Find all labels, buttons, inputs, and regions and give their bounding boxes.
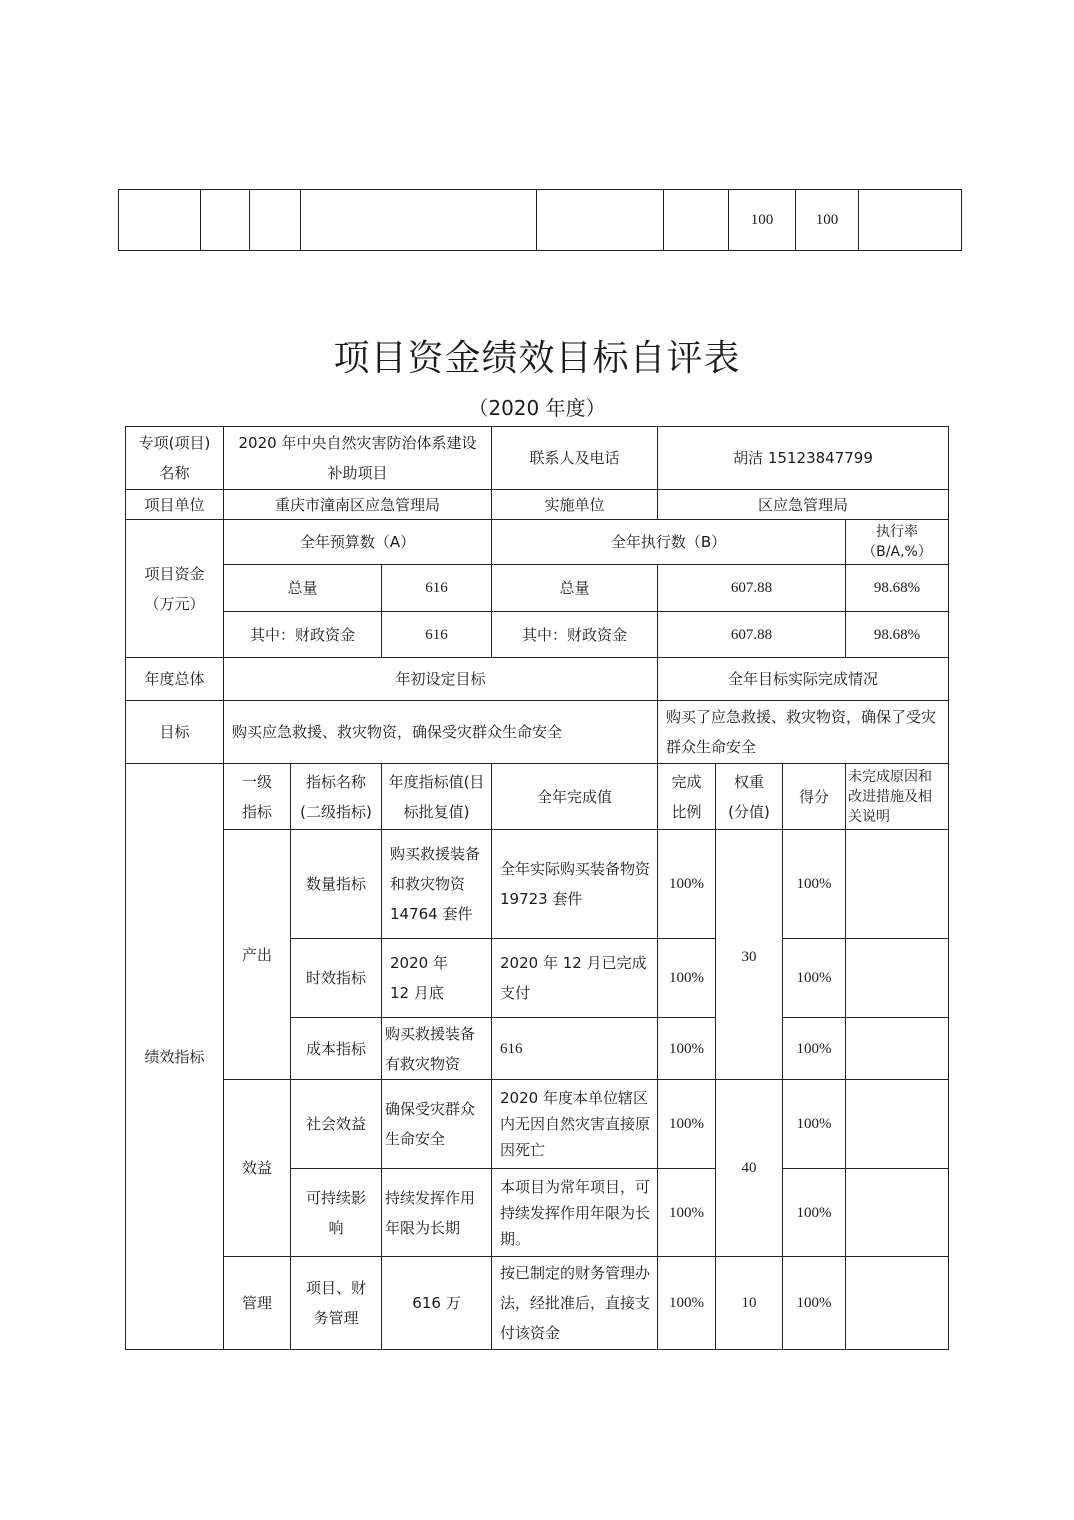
weight-benefit: 40 (715, 1079, 783, 1257)
indicator-notes (845, 1079, 949, 1169)
indicator-score: 100% (782, 1168, 846, 1257)
header-target: 年度指标值(目标批复值) (381, 763, 492, 830)
weight-management: 10 (715, 1256, 783, 1350)
indicator-target: 持续发挥作用年限为长期 (381, 1168, 492, 1257)
indicator-actual: 2020 年 12 月已完成支付 (491, 938, 658, 1018)
group-output: 产出 (223, 829, 291, 1080)
indicator-target: 购买救援装备有救灾物资 (381, 1017, 492, 1080)
indicator-target: 616 万 (381, 1256, 492, 1350)
header-weight: 权重(分值) (715, 763, 783, 830)
indicator-score: 100% (782, 1079, 846, 1169)
indicator-name: 时效指标 (290, 938, 382, 1018)
prev-cell-3 (249, 189, 301, 251)
exec-header: 全年执行数（B） (491, 519, 846, 565)
prev-cell-7: 100 (728, 189, 796, 251)
prev-cell-4 (300, 189, 537, 251)
goals-label-bottom: 目标 (125, 700, 224, 764)
indicator-target: 确保受灾群众生命安全 (381, 1079, 492, 1169)
indicator-actual: 本项目为常年项目，可持续发挥作用年限为长期。 (491, 1168, 658, 1257)
page-title: 项目资金绩效目标自评表 (0, 330, 1074, 381)
indicator-notes (845, 1017, 949, 1080)
rate-total-value: 98.68% (845, 564, 949, 612)
group-management: 管理 (223, 1256, 291, 1350)
exec-fiscal-value: 607.88 (657, 611, 846, 658)
budget-fiscal-value: 616 (381, 611, 492, 658)
funds-label: 项目资金（万元） (125, 519, 224, 658)
indicator-score: 100% (782, 938, 846, 1018)
project-name-value: 2020 年中央自然灾害防治体系建设补助项目 (223, 426, 492, 490)
indicator-actual: 按已制定的财务管理办法，经批准后，直接支付该资金 (491, 1256, 658, 1350)
header-notes: 未完成原因和改进措施及相关说明 (845, 763, 949, 830)
prev-cell-1 (118, 189, 201, 251)
exec-total-value: 607.88 (657, 564, 846, 612)
indicator-ratio: 100% (657, 829, 716, 939)
indicator-name: 成本指标 (290, 1017, 382, 1080)
indicator-target: 购买救援装备和救灾物资 14764 套件 (381, 829, 492, 939)
goals-set-header: 年初设定目标 (223, 657, 658, 701)
header-score: 得分 (782, 763, 846, 830)
group-benefit: 效益 (223, 1079, 291, 1257)
indicator-name: 社会效益 (290, 1079, 382, 1169)
impl-unit-label: 实施单位 (491, 489, 658, 520)
goals-label-top: 年度总体 (125, 657, 224, 701)
header-name: 指标名称(二级指标) (290, 763, 382, 830)
prev-cell-2 (200, 189, 250, 251)
indicator-notes (845, 938, 949, 1018)
header-ratio: 完成比例 (657, 763, 716, 830)
goals-actual-header: 全年目标实际完成情况 (657, 657, 949, 701)
weight-output: 30 (715, 829, 783, 1080)
indicator-notes (845, 1168, 949, 1257)
indicator-actual: 2020 年度本单位辖区内无因自然灾害直接原因死亡 (491, 1079, 658, 1169)
budget-fiscal-label: 其中：财政资金 (223, 611, 382, 658)
indicator-notes (845, 1256, 949, 1350)
budget-total-label: 总量 (223, 564, 382, 612)
header-actual: 全年完成值 (491, 763, 658, 830)
page-subtitle: （2020 年度） (0, 392, 1074, 421)
contact-value: 胡洁 15123847799 (657, 426, 949, 490)
prev-cell-5 (536, 189, 664, 251)
indicator-actual: 全年实际购买装备物资 19723 套件 (491, 829, 658, 939)
indicator-name: 可持续影响 (290, 1168, 382, 1257)
prev-cell-9 (858, 189, 962, 251)
indicators-label: 绩效指标 (125, 763, 224, 1350)
unit-label: 项目单位 (125, 489, 224, 520)
impl-unit-value: 区应急管理局 (657, 489, 949, 520)
indicator-score: 100% (782, 1017, 846, 1080)
rate-fiscal-value: 98.68% (845, 611, 949, 658)
exec-fiscal-label: 其中：财政资金 (491, 611, 658, 658)
header-level1: 一级指标 (223, 763, 291, 830)
exec-total-label: 总量 (491, 564, 658, 612)
goals-set-text: 购买应急救援、救灾物资，确保受灾群众生命安全 (223, 700, 658, 764)
indicator-ratio: 100% (657, 938, 716, 1018)
indicator-score: 100% (782, 1256, 846, 1350)
indicator-name: 项目、财务管理 (290, 1256, 382, 1350)
indicator-ratio: 100% (657, 1079, 716, 1169)
indicator-ratio: 100% (657, 1168, 716, 1257)
project-name-label: 专项(项目)名称 (125, 426, 224, 490)
rate-header: 执行率（B/A,%） (845, 519, 949, 565)
unit-value: 重庆市潼南区应急管理局 (223, 489, 492, 520)
contact-label: 联系人及电话 (491, 426, 658, 490)
indicator-target: 2020 年 12 月底 (381, 938, 492, 1018)
indicator-ratio: 100% (657, 1017, 716, 1080)
indicator-name: 数量指标 (290, 829, 382, 939)
indicator-notes (845, 829, 949, 939)
budget-total-value: 616 (381, 564, 492, 612)
indicator-score: 100% (782, 829, 846, 939)
prev-cell-8: 100 (795, 189, 859, 251)
goals-actual-text: 购买了应急救援、救灾物资，确保了受灾群众生命安全 (657, 700, 949, 764)
indicator-ratio: 100% (657, 1256, 716, 1350)
prev-cell-6 (663, 189, 729, 251)
indicator-actual: 616 (491, 1017, 658, 1080)
budget-header: 全年预算数（A） (223, 519, 492, 565)
